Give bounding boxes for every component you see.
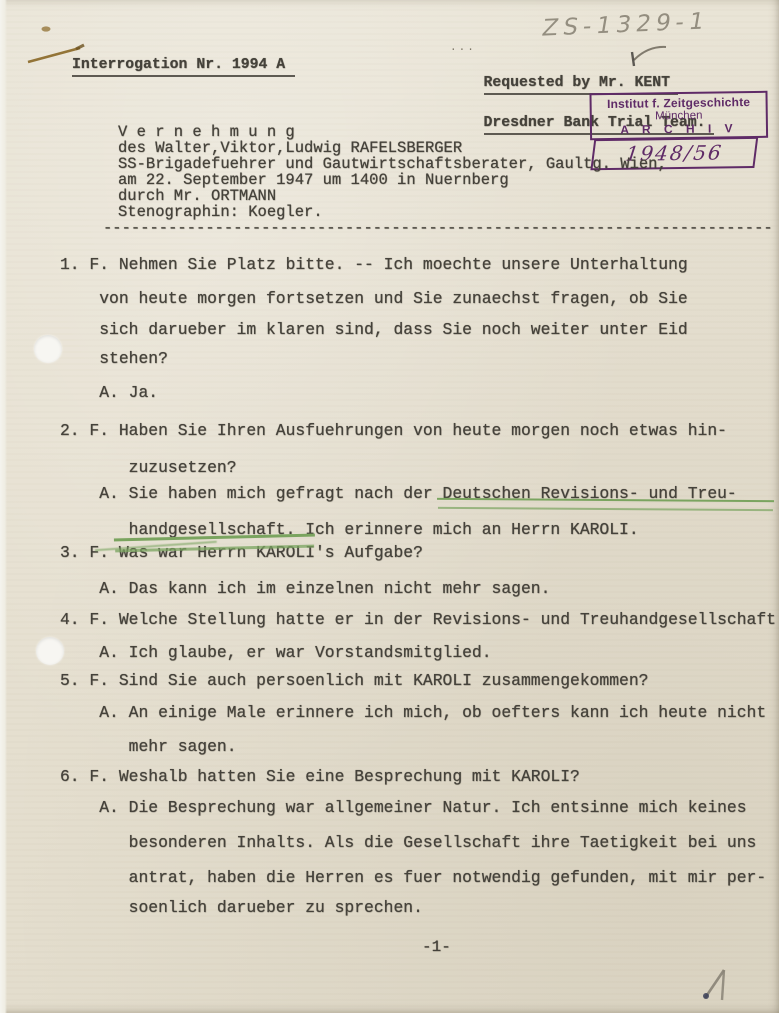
qa-line: A. Ich glaube, er war Vorstandsmitglied. <box>60 643 492 662</box>
qa-line: A. Das kann ich im einzelnen nicht mehr … <box>60 579 550 598</box>
qa-line: besonderen Inhalts. Als die Gesellschaft… <box>60 833 756 852</box>
qa-body: 1. F. Nehmen Sie Platz bitte. -- Ich moe… <box>0 0 779 1013</box>
qa-line: A. An einige Male erinnere ich mich, ob … <box>60 703 766 722</box>
qa-line: A. Die Besprechung war allgemeiner Natur… <box>60 798 747 817</box>
qa-line: sich darueber im klaren sind, dass Sie n… <box>60 320 688 339</box>
qa-line: 3. F. Was war Herrn KAROLI's Aufgabe? <box>60 543 423 562</box>
page-number: -1- <box>422 938 451 956</box>
qa-line: 4. F. Welche Stellung hatte er in der Re… <box>60 610 776 629</box>
qa-line: zuzusetzen? <box>60 458 237 477</box>
qa-line: von heute morgen fortsetzen und Sie zuna… <box>60 289 688 308</box>
pencil-page-mark <box>693 958 748 1010</box>
document-page: ZS-1329-1 Interrogation Nr. 1994 A ... R… <box>0 0 779 1013</box>
qa-line: A. Sie haben mich gefragt nach der Deuts… <box>60 484 737 503</box>
qa-line: 2. F. Haben Sie Ihren Ausfuehrungen von … <box>60 421 727 440</box>
qa-line: 5. F. Sind Sie auch persoenlich mit KARO… <box>60 671 648 690</box>
qa-line: 1. F. Nehmen Sie Platz bitte. -- Ich moe… <box>60 255 688 274</box>
qa-line: handgesellschaft. Ich erinnere mich an H… <box>60 520 639 539</box>
qa-line: stehen? <box>60 349 168 368</box>
qa-line: antrat, haben die Herren es fuer notwend… <box>60 868 766 887</box>
qa-line: A. Ja. <box>60 383 158 402</box>
qa-line: soenlich darueber zu sprechen. <box>60 898 423 917</box>
qa-line: 6. F. Weshalb hatten Sie eine Besprechun… <box>60 767 580 786</box>
qa-line: mehr sagen. <box>60 737 237 756</box>
